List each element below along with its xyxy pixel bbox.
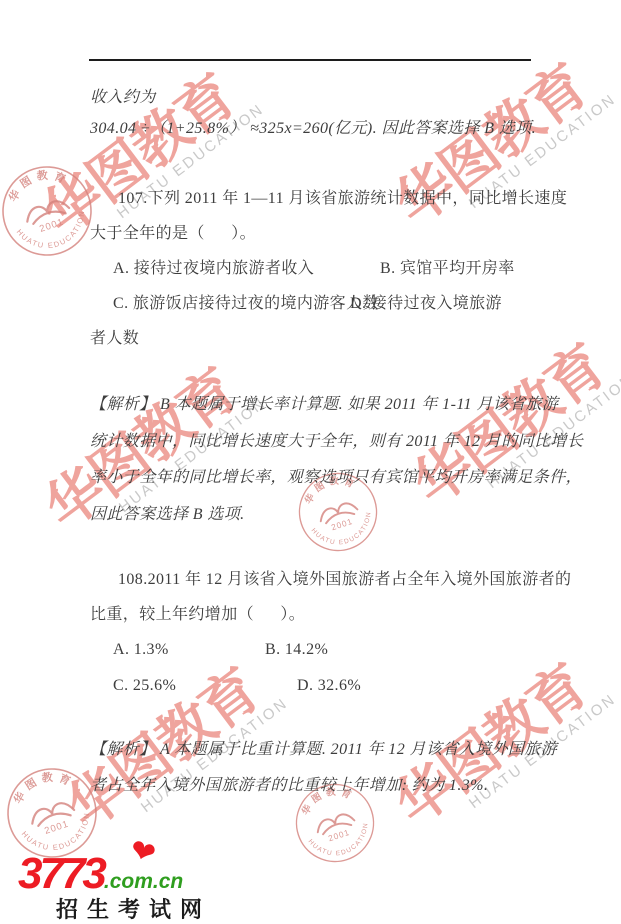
seal-en-arc: HUATU EDUCATION xyxy=(306,820,377,865)
q107-analysis-line2: 统计数据中，同比增长速度大于全年，则有 2011 年 12 月的同比增长 xyxy=(90,432,583,452)
site-logo-number: 3773 xyxy=(18,849,104,898)
seal-book-icon xyxy=(29,800,74,824)
q107-option-d-wrap: 者人数 xyxy=(90,329,139,349)
svg-text:HUATU EDUCATION: HUATU EDUCATION xyxy=(306,820,377,865)
q108-analysis-line2: 者占全年入境外国旅游者的比重较上年增加: 约为 1.3%. xyxy=(90,776,488,796)
q108-stem-line1: 108.2011 年 12 月该省入境外国旅游者占全年入境外国旅游者的 xyxy=(118,570,571,590)
q108-stem-line2: 比重，较上年约增加（ ）。 xyxy=(90,605,305,625)
q108-option-c: C. 25.6% xyxy=(113,676,176,696)
q107-analysis-line3: 率小于全年的同比增长率，观察选项只有宾馆平均开房率满足条件， xyxy=(90,468,582,488)
seal-en-arc: HUATU EDUCATION xyxy=(309,509,380,554)
seal-year: 2001 xyxy=(43,819,70,837)
seal-book-icon xyxy=(24,198,69,222)
seal-year: 2001 xyxy=(330,516,354,532)
seal-book-icon xyxy=(318,500,358,521)
huatu-seal-stamp: 华图教育 HUATU EDUCATION 2001 xyxy=(4,765,100,861)
svg-text:HUATU EDUCATION: HUATU EDUCATION xyxy=(309,509,380,554)
huatu-seal-stamp: 华图教育 HUATU EDUCATION 2001 xyxy=(0,163,95,259)
document-page: 华图教育 HUATU EDUCATION 华图教育 HUATU EDUCATIO… xyxy=(0,0,621,924)
seal-book-icon xyxy=(36,810,70,826)
q108-option-a: A. 1.3% xyxy=(113,640,169,660)
site-logo-domain: .com.cn xyxy=(104,870,183,893)
seal-cn-arc: 华图教育 xyxy=(5,765,81,809)
q107-analysis-line4: 因此答案选择 B 选项. xyxy=(90,505,245,525)
heart-icon: ❤ xyxy=(126,835,158,871)
svg-text:华图教育: 华图教育 xyxy=(0,163,76,207)
q108-analysis-line1: 【解析】 A 本题属于比重计算题. 2011 年 12 月该省入境外国旅游 xyxy=(90,740,557,760)
q107-option-a: A. 接待过夜境内旅游者收入 xyxy=(113,259,314,279)
q107-option-c: C. 旅游饭店接待过夜的境内游客人数 xyxy=(113,294,379,314)
huatu-logo-subtext: HUATU EDUCATION xyxy=(466,665,621,812)
huatu-logo-text: 华图教育 xyxy=(387,621,621,835)
header-divider xyxy=(89,59,531,61)
huatu-watermark: 华图教育 HUATU EDUCATION xyxy=(387,621,621,847)
site-logo: 3773.com.cn ❤ 招生考试网 xyxy=(18,852,238,924)
seal-book-icon xyxy=(324,509,354,523)
q107-option-b: B. 宾馆平均开房率 xyxy=(380,259,515,279)
q107-analysis-line1: 【解析】 B 本题属于增长率计算题. 如果 2011 年 1-11 月该省旅游 xyxy=(90,395,558,415)
seal-year: 2001 xyxy=(327,827,351,843)
seal-book-icon xyxy=(31,208,65,224)
q107-stem-line1: 107.下列 2011 年 1—11 月该省旅游统计数据中，同比增长速度 xyxy=(118,189,567,209)
q108-option-d: D. 32.6% xyxy=(297,676,361,696)
seal-year: 2001 xyxy=(38,217,65,235)
seal-book-icon xyxy=(315,811,355,832)
svg-text:HUATU EDUCATION: HUATU EDUCATION xyxy=(14,207,95,259)
q107-stem-line2: 大于全年的是（ ）。 xyxy=(90,224,256,244)
site-logo-name: 招生考试网 xyxy=(56,893,238,924)
intro-line: 收入约为 xyxy=(90,88,156,108)
svg-text:华图教育: 华图教育 xyxy=(5,765,81,809)
q108-option-b: B. 14.2% xyxy=(265,640,328,660)
formula-line: 304.04 ÷（1+25.8%） ≈325x=260(亿元). 因此答案选择 … xyxy=(90,119,536,139)
seal-cn-arc: 华图教育 xyxy=(0,163,76,207)
seal-book-icon xyxy=(321,820,351,834)
seal-en-arc: HUATU EDUCATION xyxy=(14,207,95,259)
q107-option-d: D. 接待过夜入境旅游 xyxy=(350,294,502,314)
